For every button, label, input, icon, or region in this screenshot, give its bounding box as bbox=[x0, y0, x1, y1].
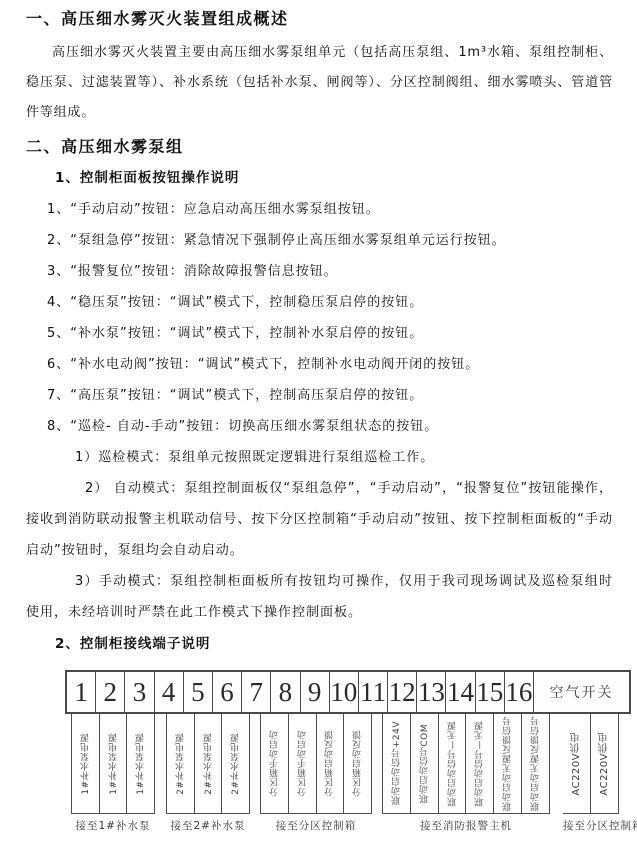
wire-label: 联动启动信号COM bbox=[418, 724, 431, 804]
wire-group-ac-power: AC220V供电 AC220V供电 接至分区控制箱 bbox=[563, 714, 619, 833]
button-item-6: 6、“补水电动阀”按钮：“调试”模式下，控制补水电动阀开闭的按钮。 bbox=[47, 349, 613, 380]
wire-columns: 1#补水泵电源 1#补水泵电源 1#补水泵电源 bbox=[71, 714, 155, 814]
terminal-cell-13: 13 bbox=[416, 672, 445, 712]
wire-column: 联动启动信号COM bbox=[410, 714, 438, 813]
wire-label: 1#补水泵电源 bbox=[107, 733, 120, 795]
document-page: { "document": { "heading1": "一、高压细水雾灭火装置… bbox=[0, 0, 637, 858]
wire-group-pump2: 2#补水泵电源 2#补水泵电源 2#补水泵电源 接至2#补水泵 bbox=[166, 714, 250, 833]
group-connect-label: 接至分区控制箱 bbox=[260, 818, 372, 833]
intro-paragraph: 高压细水雾灭火装置主要由高压细水雾泵组单元（包括高压泵组、1m³水箱、泵组控制柜… bbox=[26, 38, 613, 128]
terminal-cell-7: 7 bbox=[241, 672, 270, 712]
button-item-8: 8、“巡检- 自动-手动”按钮：切换高压细水雾泵组状态的按钮。 bbox=[47, 411, 613, 442]
terminal-row: 1 2 3 4 5 6 7 8 9 10 11 12 13 14 15 16 空… bbox=[65, 670, 631, 714]
wire-column: 联动启动信号—无源 bbox=[465, 714, 493, 813]
wire-column: 联动启动无源反馈信号 bbox=[493, 714, 521, 813]
wire-column: 联动启动信号—无源 bbox=[438, 714, 466, 813]
terminal-cell-10: 10 bbox=[329, 672, 358, 712]
terminal-cell-1: 1 bbox=[67, 672, 95, 712]
wire-label: 分区箱手动启动 bbox=[296, 730, 309, 797]
terminal-diagram: 1 2 3 4 5 6 7 8 9 10 11 12 13 14 15 16 空… bbox=[65, 670, 631, 833]
wire-label: 分区箱手动启动 bbox=[268, 730, 281, 797]
wire-column: 2#补水泵电源 bbox=[194, 714, 222, 813]
terminal-cell-2: 2 bbox=[95, 672, 124, 712]
button-item-4: 4、“稳压泵”按钮：“调试”模式下，控制稳压泵启停的按钮。 bbox=[47, 287, 613, 318]
terminal-cell-3: 3 bbox=[124, 672, 153, 712]
terminals-subheading: 2、控制柜接线端子说明 bbox=[55, 630, 613, 658]
wire-column: AC220V供电 bbox=[563, 714, 591, 813]
wire-group-fire-alarm-host: 联动启动信号+24V 联动启动信号COM 联动启动信号—无源 联动启动信号—无源… bbox=[382, 714, 550, 833]
button-item-2: 2、“泵组急停”按钮：紧急情况下强制停止高压细水雾泵组单元运行按钮。 bbox=[47, 225, 613, 256]
wire-label: 1#补水泵电源 bbox=[134, 733, 147, 795]
button-item-3: 3、“报警复位”按钮：消除故障报警信息按钮。 bbox=[47, 256, 613, 287]
wire-columns: 联动启动信号+24V 联动启动信号COM 联动启动信号—无源 联动启动信号—无源… bbox=[382, 714, 550, 814]
button-item-5: 5、“补水泵”按钮：“调试”模式下，控制补水泵启停的按钮。 bbox=[47, 318, 613, 349]
wire-column: 联动启动无源反馈信号 bbox=[521, 714, 549, 813]
terminal-cell-15: 15 bbox=[475, 672, 504, 712]
wire-column: 联动启动信号+24V bbox=[382, 714, 410, 813]
button-item-1: 1、“手动启动”按钮：应急启动高压细水雾泵组按钮。 bbox=[47, 194, 613, 225]
buttons-subheading: 1、控制柜面板按钮操作说明 bbox=[55, 164, 613, 192]
wire-label: 2#补水泵电源 bbox=[174, 733, 187, 795]
wire-label: 联动启动无源反馈信号 bbox=[501, 716, 514, 811]
mode-item-manual: 3）手动模式：泵组控制柜面板所有按钮均可操作，仅用于我司现场调试及巡检泵组时使用… bbox=[26, 566, 613, 628]
wire-label: 分区箱启动反馈 bbox=[351, 730, 364, 797]
wire-column: 分区箱启动反馈 bbox=[343, 714, 371, 813]
wire-label: 联动启动信号—无源 bbox=[473, 721, 486, 807]
wire-column: 1#补水泵电源 bbox=[99, 714, 127, 813]
group-connect-label: 接至1#补水泵 bbox=[71, 818, 155, 833]
wire-column: AC220V供电 bbox=[591, 714, 619, 813]
wire-columns: 2#补水泵电源 2#补水泵电源 2#补水泵电源 bbox=[166, 714, 250, 814]
wire-columns: AC220V供电 AC220V供电 bbox=[563, 714, 619, 814]
wire-column: 2#补水泵电源 bbox=[166, 714, 194, 813]
terminal-cell-6: 6 bbox=[212, 672, 241, 712]
wire-label: 联动启动信号+24V bbox=[390, 721, 403, 805]
wire-columns: 分区箱手动启动 分区箱手动启动 分区箱启动反馈 分区箱启动反馈 bbox=[260, 714, 372, 814]
wire-column: 分区箱手动启动 bbox=[260, 714, 288, 813]
wire-column: 1#补水泵电源 bbox=[71, 714, 99, 813]
wire-label: AC220V供电 bbox=[597, 732, 612, 796]
group-connect-label: 接至分区控制箱 bbox=[563, 818, 619, 833]
button-item-7: 7、“高压泵”按钮：“调试”模式下，控制高压泵启停的按钮。 bbox=[47, 380, 613, 411]
terminal-cell-4: 4 bbox=[154, 672, 183, 712]
mode-item-auto: 2） 自动模式：泵组控制面板仅“泵组急停”，“手动启动”，“报警复位”按钮能操作… bbox=[26, 473, 613, 566]
mode-item-patrol: 1）巡检模式：泵组单元按照既定逻辑进行泵组巡检工作。 bbox=[26, 442, 613, 473]
wire-column: 分区箱启动反馈 bbox=[316, 714, 344, 813]
wire-label: 2#补水泵电源 bbox=[229, 733, 242, 795]
terminal-cell-5: 5 bbox=[183, 672, 212, 712]
terminal-cell-11: 11 bbox=[358, 672, 387, 712]
wire-column: 2#补水泵电源 bbox=[221, 714, 249, 813]
terminal-cell-14: 14 bbox=[445, 672, 474, 712]
wire-label: 2#补水泵电源 bbox=[202, 733, 215, 795]
section1-heading: 一、高压细水雾灭火装置组成概述 bbox=[26, 8, 613, 30]
wire-column: 1#补水泵电源 bbox=[126, 714, 154, 813]
air-switch-cell: 空气开关 bbox=[533, 672, 629, 712]
wire-label: 联动启动信号—无源 bbox=[446, 721, 459, 807]
group-connect-label: 接至2#补水泵 bbox=[166, 818, 250, 833]
wire-label: 分区箱启动反馈 bbox=[323, 730, 336, 797]
wire-row: 1#补水泵电源 1#补水泵电源 1#补水泵电源 接至1#补水泵 2#补水泵电源 … bbox=[65, 714, 631, 833]
terminal-cell-12: 12 bbox=[387, 672, 416, 712]
wire-label: 联动启动无源反馈信号 bbox=[529, 716, 542, 811]
wire-label: 1#补水泵电源 bbox=[79, 733, 92, 795]
document-body: 一、高压细水雾灭火装置组成概述 高压细水雾灭火装置主要由高压细水雾泵组单元（包括… bbox=[0, 0, 637, 833]
wire-group-pump1: 1#补水泵电源 1#补水泵电源 1#补水泵电源 接至1#补水泵 bbox=[71, 714, 155, 833]
wire-group-zone-box: 分区箱手动启动 分区箱手动启动 分区箱启动反馈 分区箱启动反馈 接至分区控制箱 bbox=[260, 714, 372, 833]
terminal-cell-16: 16 bbox=[504, 672, 533, 712]
group-connect-label: 接至消防报警主机 bbox=[382, 818, 550, 833]
terminal-cell-9: 9 bbox=[300, 672, 329, 712]
wire-column: 分区箱手动启动 bbox=[288, 714, 316, 813]
section2-heading: 二、高压细水雾泵组 bbox=[26, 136, 613, 158]
terminal-cell-8: 8 bbox=[270, 672, 299, 712]
wire-label: AC220V供电 bbox=[569, 732, 584, 796]
